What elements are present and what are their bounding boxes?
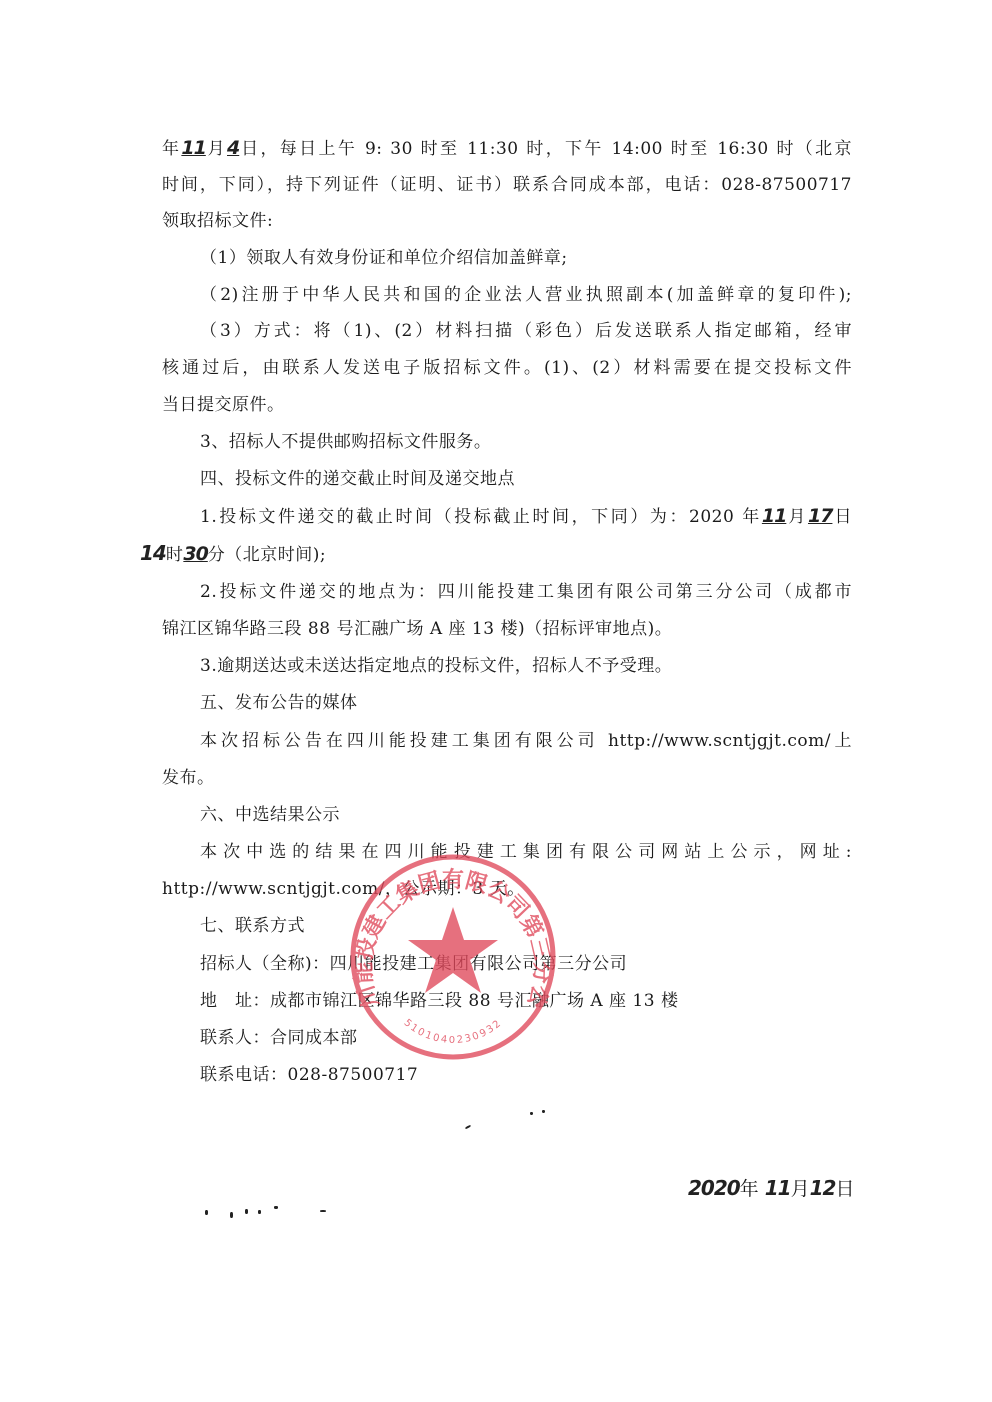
scan-speck (205, 1210, 208, 1215)
text-line: 本次中选的结果在四川能投建工集团有限公司网站上公示，网址: (200, 841, 852, 863)
scan-speck (530, 1112, 533, 1115)
handwritten-day: 12 (810, 1176, 836, 1200)
svg-text:5101040230932: 5101040230932 (402, 1017, 505, 1046)
handwritten-day: 17 (808, 505, 832, 527)
text-line: 发布。 (162, 767, 215, 789)
text-line: 2.投标文件递交的地点为：四川能投建工集团有限公司第三分公司（成都市 (200, 581, 852, 603)
handwritten-month: 11 (765, 1176, 791, 1200)
handwritten-month: 11 (181, 137, 205, 159)
contact-address: 地 址：成都市锦江区锦华路三段 88 号汇融广场 A 座 13 楼 (200, 990, 678, 1012)
text-fragment: 年 (162, 139, 181, 159)
text-line: 14时30分（北京时间); (140, 542, 326, 566)
section-heading-7: 七、联系方式 (200, 915, 305, 937)
handwritten-month: 11 (762, 505, 786, 527)
section-heading-4: 四、投标文件的递交截止时间及递交地点 (200, 468, 515, 490)
svg-text:四川能投建工集团有限公司第三分公司: 四川能投建工集团有限公司第三分公司 (348, 852, 555, 1011)
text-fragment: 月 (206, 139, 227, 159)
signature-date: 2020年 11月12日 (688, 1174, 854, 1201)
handwritten-year: 2020 (688, 1176, 740, 1200)
star-icon (408, 907, 498, 993)
handwritten-hour: 14 (140, 541, 166, 565)
text-fragment: 1.投标文件递交的截止时间（投标截止时间，下同）为：2020 年 (200, 507, 762, 527)
text-line: 当日提交原件。 (162, 394, 285, 416)
list-item-2: （2)注册于中华人民共和国的企业法人营业执照副本(加盖鲜章的复印件); (200, 284, 852, 306)
scan-speck (320, 1210, 326, 1212)
section-heading-5: 五、发布公告的媒体 (200, 692, 358, 714)
text-line: 本次招标公告在四川能投建工集团有限公司 http://www.scntjgjt.… (200, 730, 852, 752)
text-line: 锦江区锦华路三段 88 号汇融广场 A 座 13 楼)（招标评审地点)。 (162, 618, 672, 640)
text-fragment: 时 (166, 545, 184, 565)
scan-speck (230, 1212, 233, 1218)
scan-speck (465, 1125, 471, 1130)
text-line: 1.投标文件递交的截止时间（投标截止时间，下同）为：2020 年11月17日 (200, 505, 852, 528)
text-fragment: 分（北京时间); (208, 545, 326, 565)
text-line: 3、招标人不提供邮购招标文件服务。 (200, 431, 491, 453)
contact-person: 联系人：合同成本部 (200, 1027, 358, 1049)
list-item-1: （1）领取人有效身份证和单位介绍信加盖鲜章; (200, 247, 568, 269)
text-fragment: 月 (786, 507, 808, 527)
handwritten-minute: 30 (183, 543, 207, 565)
text-fragment: 日 (832, 507, 852, 527)
text-fragment: 年 (740, 1178, 759, 1200)
document-page: 年11月4日，每日上午 9: 30 时至 11:30 时，下午 14:00 时至… (0, 0, 992, 1402)
text-line: 年11月4日，每日上午 9: 30 时至 11:30 时，下午 14:00 时至… (162, 137, 852, 160)
text-line: 时间，下同），持下列证件（证明、证书）联系合同成本部，电话：028-875007… (162, 174, 852, 196)
text-line: 3.逾期送达或未送达指定地点的投标文件，招标人不予受理。 (200, 655, 672, 677)
text-line: 核通过后，由联系人发送电子版招标文件。(1)、(2）材料需要在提交投标文件 (162, 357, 852, 379)
text-fragment: 日，每日上午 9: 30 时至 11:30 时，下午 14:00 时至 16:3… (239, 139, 852, 159)
section-heading-6: 六、中选结果公示 (200, 804, 340, 826)
scan-speck (258, 1210, 261, 1214)
list-item-3: （3）方式：将（1)、(2）材料扫描（彩色）后发送联系人指定邮箱，经审 (200, 320, 852, 342)
handwritten-day: 4 (227, 137, 239, 159)
text-line: http://www.scntjgjt.com/，公示期：3 天。 (162, 878, 525, 900)
scan-speck (274, 1206, 278, 1209)
scan-speck (542, 1110, 545, 1113)
scan-speck (245, 1209, 248, 1214)
text-line: 领取招标文件: (162, 210, 273, 232)
text-fragment: 月 (791, 1178, 810, 1200)
contact-phone: 联系电话：028-87500717 (200, 1064, 418, 1086)
text-fragment: 日 (835, 1178, 854, 1200)
contact-tenderer: 招标人（全称)：四川能投建工集团有限公司第三分公司 (200, 953, 627, 975)
